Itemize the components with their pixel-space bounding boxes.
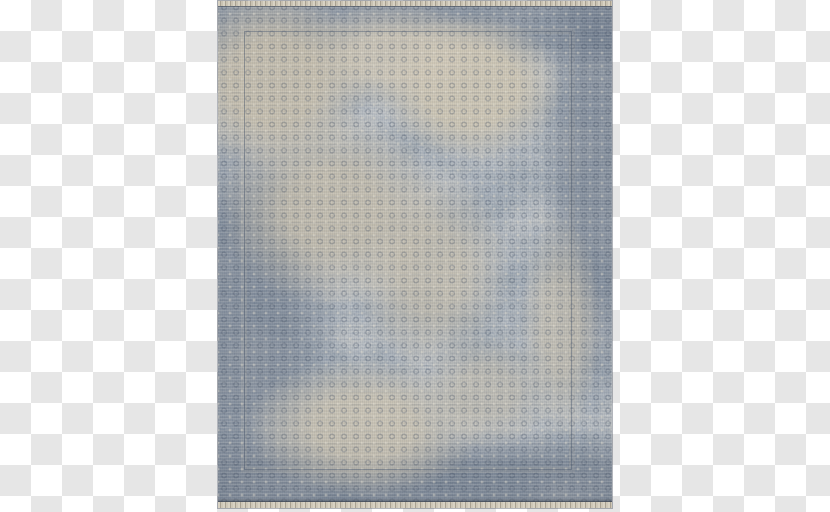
rug-inner-border-line (244, 31, 572, 470)
rug-top-selvage-fringe (218, 1, 612, 6)
rug-bottom-selvage-fringe (218, 502, 612, 508)
rug-product-image (218, 1, 612, 508)
transparency-checkerboard (0, 0, 830, 512)
